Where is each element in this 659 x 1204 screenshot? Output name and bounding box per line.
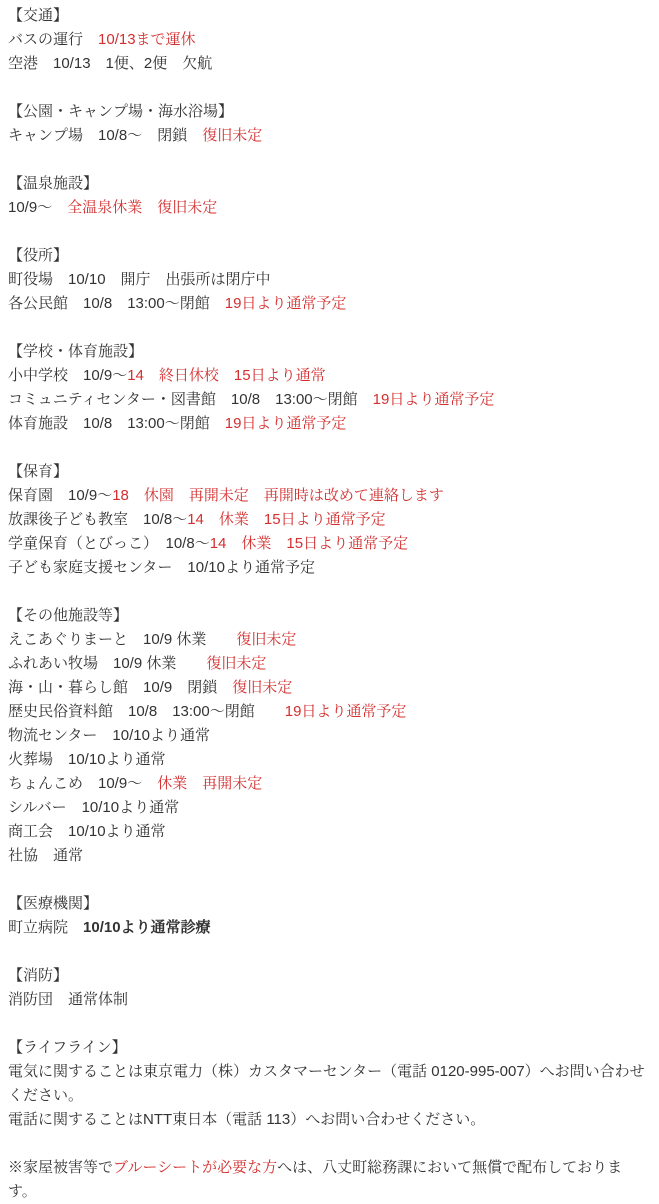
section-header: 【学校・体育施設】 <box>8 340 649 364</box>
section-header: 【保育】 <box>8 460 649 484</box>
status-line: 小中学校 10/9～14 終日休校 15日より通常 <box>8 364 649 388</box>
status-highlight: 19日より通常予定 <box>285 703 407 720</box>
status-text: 保育園 10/9～ <box>8 487 112 504</box>
status-highlight: 復旧未定 <box>236 631 296 648</box>
section-header: 【その他施設等】 <box>8 604 649 628</box>
section-header: 【温泉施設】 <box>8 172 649 196</box>
status-highlight: 復旧未定 <box>202 127 262 144</box>
section-schools-sports: 【学校・体育施設】小中学校 10/9～14 終日休校 15日より通常コミュニティ… <box>8 340 649 436</box>
status-line: えこあぐりまーと 10/9 休業 復旧未定 <box>8 628 649 652</box>
footer-note: ※家屋被害等でブルーシートが必要な方へは、八丈町総務課において無償で配布しており… <box>8 1156 649 1204</box>
status-text: 10/9～ <box>8 199 67 216</box>
status-highlight: 14 休業 15日より通常予定 <box>187 511 385 528</box>
status-line: 各公民館 10/8 13:00～閉館 19日より通常予定 <box>8 292 649 316</box>
status-text: コミュニティセンター・図書館 10/8 13:00～閉館 <box>8 391 373 408</box>
status-highlight: 休業 再開未定 <box>157 775 262 792</box>
section-transport: 【交通】バスの運行 10/13まで運休空港 10/13 1便、2便 欠航 <box>8 4 649 76</box>
status-line: 町役場 10/10 開庁 出張所は閉庁中 <box>8 268 649 292</box>
section-header: 【ライフライン】 <box>8 1036 649 1060</box>
status-line: 海・山・暮らし館 10/9 閉鎖 復旧未定 <box>8 676 649 700</box>
status-text: 歴史民俗資料館 10/8 13:00～閉館 <box>8 703 285 720</box>
status-line: 火葬場 10/10より通常 <box>8 748 649 772</box>
status-text: 学童保育（とびっこ） 10/8～ <box>8 535 210 552</box>
status-line: ふれあい牧場 10/9 休業 復旧未定 <box>8 652 649 676</box>
status-text: キャンプ場 10/8～ 閉鎖 <box>8 127 202 144</box>
section-header: 【交通】 <box>8 4 649 28</box>
status-highlight: 19日より通常予定 <box>225 415 347 432</box>
status-text: 町立病院 <box>8 919 83 936</box>
status-highlight: 19日より通常予定 <box>373 391 495 408</box>
section-medical: 【医療機関】町立病院 10/10より通常診療 <box>8 892 649 940</box>
status-highlight: 復旧未定 <box>206 655 266 672</box>
status-line: 町立病院 10/10より通常診療 <box>8 916 649 940</box>
status-line: 体育施設 10/8 13:00～閉館 19日より通常予定 <box>8 412 649 436</box>
status-text: 商工会 10/10より通常 <box>8 823 166 840</box>
status-line: 電気に関することは東京電力（株）カスタマーセンター（電話 0120-995-00… <box>8 1060 649 1108</box>
status-text: 火葬場 10/10より通常 <box>8 751 166 768</box>
status-text: ふれあい牧場 10/9 休業 <box>8 655 206 672</box>
status-highlight: 19日より通常予定 <box>225 295 347 312</box>
section-hot-springs: 【温泉施設】10/9～ 全温泉休業 復旧未定 <box>8 172 649 220</box>
status-text: 子ども家庭支援センター 10/10より通常予定 <box>8 559 315 576</box>
status-text: 放課後子ども教室 10/8～ <box>8 511 187 528</box>
section-lifeline: 【ライフライン】電気に関することは東京電力（株）カスタマーセンター（電話 012… <box>8 1036 649 1132</box>
section-other-facilities: 【その他施設等】えこあぐりまーと 10/9 休業 復旧未定ふれあい牧場 10/9… <box>8 604 649 868</box>
status-line: 10/9～ 全温泉休業 復旧未定 <box>8 196 649 220</box>
section-header: 【役所】 <box>8 244 649 268</box>
status-line: 放課後子ども教室 10/8～14 休業 15日より通常予定 <box>8 508 649 532</box>
section-header: 【医療機関】 <box>8 892 649 916</box>
status-text: 消防団 通常体制 <box>8 991 128 1008</box>
status-line: 保育園 10/9～18 休園 再開未定 再開時は改めて連絡します <box>8 484 649 508</box>
status-highlight: 全温泉休業 復旧未定 <box>67 199 217 216</box>
status-line: 歴史民俗資料館 10/8 13:00～閉館 19日より通常予定 <box>8 700 649 724</box>
status-text: 空港 10/13 1便、2便 欠航 <box>8 55 212 72</box>
status-line: バスの運行 10/13まで運休 <box>8 28 649 52</box>
status-line: コミュニティセンター・図書館 10/8 13:00～閉館 19日より通常予定 <box>8 388 649 412</box>
status-line: 商工会 10/10より通常 <box>8 820 649 844</box>
section-childcare: 【保育】保育園 10/9～18 休園 再開未定 再開時は改めて連絡します放課後子… <box>8 460 649 580</box>
status-text: 社協 通常 <box>8 847 83 864</box>
status-text: 各公民館 10/8 13:00～閉館 <box>8 295 225 312</box>
status-line: 子ども家庭支援センター 10/10より通常予定 <box>8 556 649 580</box>
status-text: えこあぐりまーと 10/9 休業 <box>8 631 236 648</box>
status-line: 物流センター 10/10より通常 <box>8 724 649 748</box>
status-text: 体育施設 10/8 13:00～閉館 <box>8 415 225 432</box>
status-line: ちょんこめ 10/9～ 休業 再開未定 <box>8 772 649 796</box>
sections-container: 【交通】バスの運行 10/13まで運休空港 10/13 1便、2便 欠航【公園・… <box>8 4 649 1132</box>
status-line: 消防団 通常体制 <box>8 988 649 1012</box>
status-text: シルバー 10/10より通常 <box>8 799 179 816</box>
section-government-offices: 【役所】町役場 10/10 開庁 出張所は閉庁中各公民館 10/8 13:00～… <box>8 244 649 316</box>
status-line: シルバー 10/10より通常 <box>8 796 649 820</box>
status-highlight: 10/13まで運休 <box>98 31 196 48</box>
status-text: 町役場 10/10 開庁 出張所は閉庁中 <box>8 271 271 288</box>
status-highlight: 18 休園 再開未定 再開時は改めて連絡します <box>112 487 444 504</box>
facility-status-document: 【交通】バスの運行 10/13まで運休空港 10/13 1便、2便 欠航【公園・… <box>0 0 659 1204</box>
status-text: ※家屋被害等で <box>8 1159 113 1176</box>
status-line: 空港 10/13 1便、2便 欠航 <box>8 52 649 76</box>
status-highlight: ブルーシートが必要な方 <box>113 1159 277 1176</box>
status-highlight: 14 休業 15日より通常予定 <box>210 535 408 552</box>
section-header: 【公園・キャンプ場・海水浴場】 <box>8 100 649 124</box>
section-parks-camp-beach: 【公園・キャンプ場・海水浴場】キャンプ場 10/8～ 閉鎖 復旧未定 <box>8 100 649 148</box>
status-text: 小中学校 10/9～ <box>8 367 127 384</box>
status-highlight: 復旧未定 <box>232 679 292 696</box>
status-text: バスの運行 <box>8 31 98 48</box>
status-text: 電気に関することは東京電力（株）カスタマーセンター（電話 0120-995-00… <box>8 1063 645 1104</box>
section-header: 【消防】 <box>8 964 649 988</box>
status-highlight: 14 終日休校 15日より通常 <box>127 367 325 384</box>
status-line: 電話に関することはNTT東日本（電話 113）へお問い合わせください。 <box>8 1108 649 1132</box>
status-text: 物流センター 10/10より通常 <box>8 727 210 744</box>
status-line: 社協 通常 <box>8 844 649 868</box>
status-line: キャンプ場 10/8～ 閉鎖 復旧未定 <box>8 124 649 148</box>
status-text: ちょんこめ 10/9～ <box>8 775 157 792</box>
status-text: 電話に関することはNTT東日本（電話 113）へお問い合わせください。 <box>8 1111 485 1128</box>
section-fire-department: 【消防】消防団 通常体制 <box>8 964 649 1012</box>
status-text: 海・山・暮らし館 10/9 閉鎖 <box>8 679 232 696</box>
status-line: 学童保育（とびっこ） 10/8～14 休業 15日より通常予定 <box>8 532 649 556</box>
status-text: 10/10より通常診療 <box>83 919 211 936</box>
